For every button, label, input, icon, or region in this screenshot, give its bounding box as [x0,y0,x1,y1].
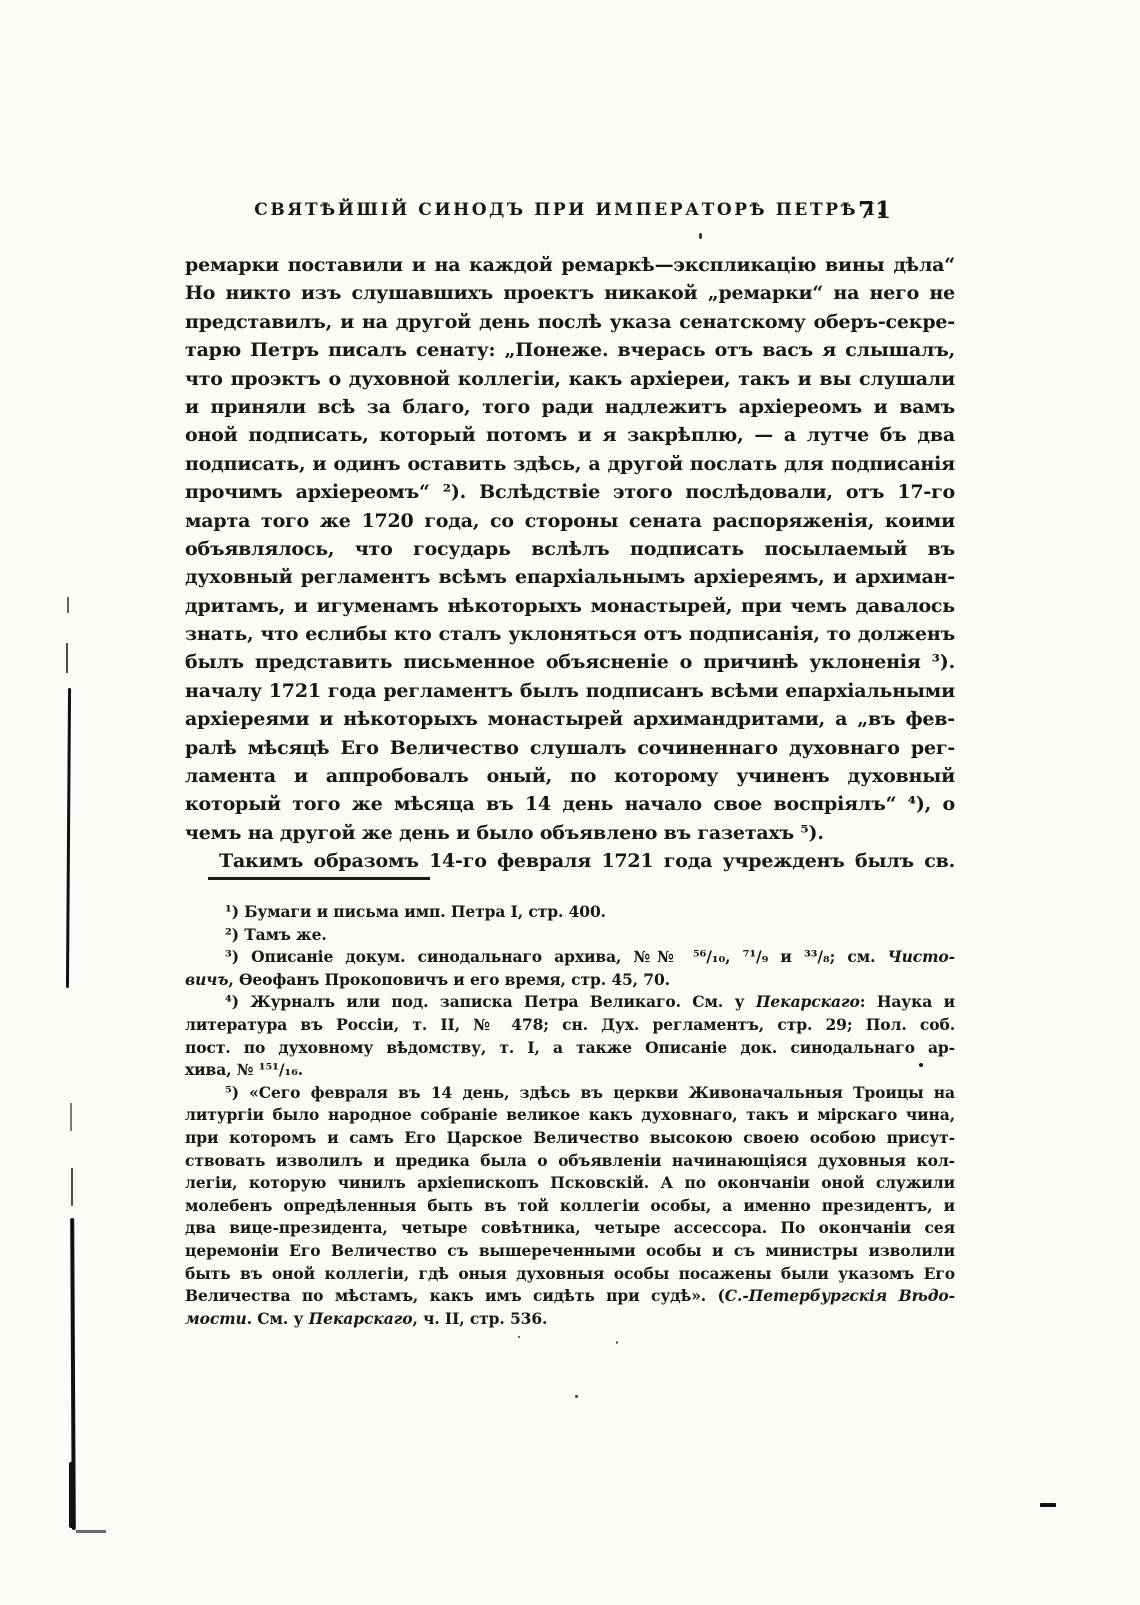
text-line: подписать, и одинъ оставить здѣсь, а дру… [185,450,955,478]
text-line: знать, что еслибы кто сталъ уклоняться о… [185,620,955,648]
scan-artifact-dash [1040,1503,1056,1507]
text-line: былъ представить письменное объясненіе о… [185,648,955,676]
text-line: ⁵) «Сего февраля въ 14 день, здѣсь въ це… [185,1082,955,1105]
text-line: церемоніи Его Величество съ вышереченным… [185,1240,955,1263]
scan-artifact-binding-line [67,597,69,613]
text-line: ствовать изволилъ и предика была о объяв… [185,1150,955,1173]
text-line: вичъ, Ѳеофанъ Прокоповичъ и его время, с… [185,969,955,992]
text-line: Но никто изъ слушавшихъ проектъ никакой … [185,279,955,307]
scan-artifact-binding-line [69,1462,75,1528]
scanned-book-page: СВЯТѢЙШІЙ СИНОДЪ ПРИ ИМПЕРАТОРѢ ПЕТРѢ I.… [0,0,1140,1605]
scan-artifact-speck [518,1336,520,1338]
text-line: ламента и аппробовалъ оный, по которому … [185,762,955,790]
text-line: объявлялось, что государь вслѣлъ подписа… [185,535,955,563]
text-line: мости. См. у Пекарскаго, ч. II, стр. 536… [185,1308,955,1331]
text-line: ⁴) Журналъ или под. записка Петра Велика… [185,991,955,1014]
scan-artifact-underline [76,1530,106,1533]
text-line: тарю Петръ писалъ сенату: „Понеже. вчера… [185,336,955,364]
text-line: литургіи было народное собраніе великое … [185,1104,955,1127]
text-line: что проэктъ о духовной коллегіи, какъ ар… [185,365,955,393]
text-line: ¹) Бумаги и письма имп. Петра I, стр. 40… [185,901,955,924]
text-line: литература въ Россіи, т. II, № 478; сн. … [185,1014,955,1037]
text-line: легіи, которую чинилъ архіепископъ Псков… [185,1172,955,1195]
scan-artifact-speck [616,1341,618,1344]
scan-artifact-speck [575,1395,578,1398]
scan-artifact-binding-line [66,688,71,988]
body-text: ремарки поставили и на каждой ремаркѣ—эк… [185,251,955,876]
text-line: и приняли всѣ за благо, того ради надлеж… [185,393,955,421]
text-line: пост. по духовному вѣдомству, т. I, а та… [185,1037,955,1060]
text-line: Величества по мѣстамъ, какъ имъ сидѣть п… [185,1285,955,1308]
text-line: ²) Тамъ же. [185,924,955,947]
text-line: ралѣ мѣсяцѣ Его Величество слушалъ сочин… [185,734,955,762]
scan-artifact-binding-line [66,643,68,673]
text-line: оной подписать, который потомъ и я закрѣ… [185,421,955,449]
footnote-separator [208,877,430,880]
text-line: при которомъ и самъ Его Царское Величест… [185,1127,955,1150]
text-line: ³) Описаніе докум. синодальнаго архива, … [185,946,955,969]
text-line: хива, № ¹⁵¹/₁₆. [185,1059,955,1082]
text-line: который того же мѣсяца въ 14 день начало… [185,790,955,818]
scan-artifact-speck [699,233,702,239]
text-line: два вице-президента, четыре совѣтника, ч… [185,1217,955,1240]
text-line: быть въ оной коллегіи, гдѣ оныя духовныя… [185,1263,955,1286]
text-line: архіереями и нѣкоторыхъ монастырей архим… [185,705,955,733]
text-line: началу 1721 года регламентъ былъ подписа… [185,677,955,705]
running-head-title: СВЯТѢЙШІЙ СИНОДЪ ПРИ ИМПЕРАТОРѢ ПЕТРѢ I. [185,200,955,220]
text-line: Такимъ образомъ 14-го февраля 1721 года … [185,847,955,875]
text-line: духовный регламентъ всѣмъ епархіальнымъ … [185,563,955,591]
text-line: прочимъ архіереомъ“ ²). Вслѣдствіе этого… [185,478,955,506]
text-line: чемъ на другой же день и было объявлено … [185,819,955,847]
page-header: СВЯТѢЙШІЙ СИНОДЪ ПРИ ИМПЕРАТОРѢ ПЕТРѢ I. [185,200,955,228]
scan-artifact-binding-line [70,1103,72,1131]
footnotes: ¹) Бумаги и письма имп. Петра I, стр. 40… [185,901,955,1330]
text-line: ремарки поставили и на каждой ремаркѣ—эк… [185,251,955,279]
scan-artifact-binding-line [71,1168,73,1206]
page-number: 71 [858,197,892,224]
text-line: марта того же 1720 года, со стороны сена… [185,507,955,535]
text-line: представилъ, и на другой день послѣ указ… [185,308,955,336]
text-line: дритамъ, и игуменамъ нѣкоторыхъ монастыр… [185,592,955,620]
text-line: молебенъ опредѣленныя быть въ той коллег… [185,1195,955,1218]
scan-artifact-speck [919,1063,923,1067]
